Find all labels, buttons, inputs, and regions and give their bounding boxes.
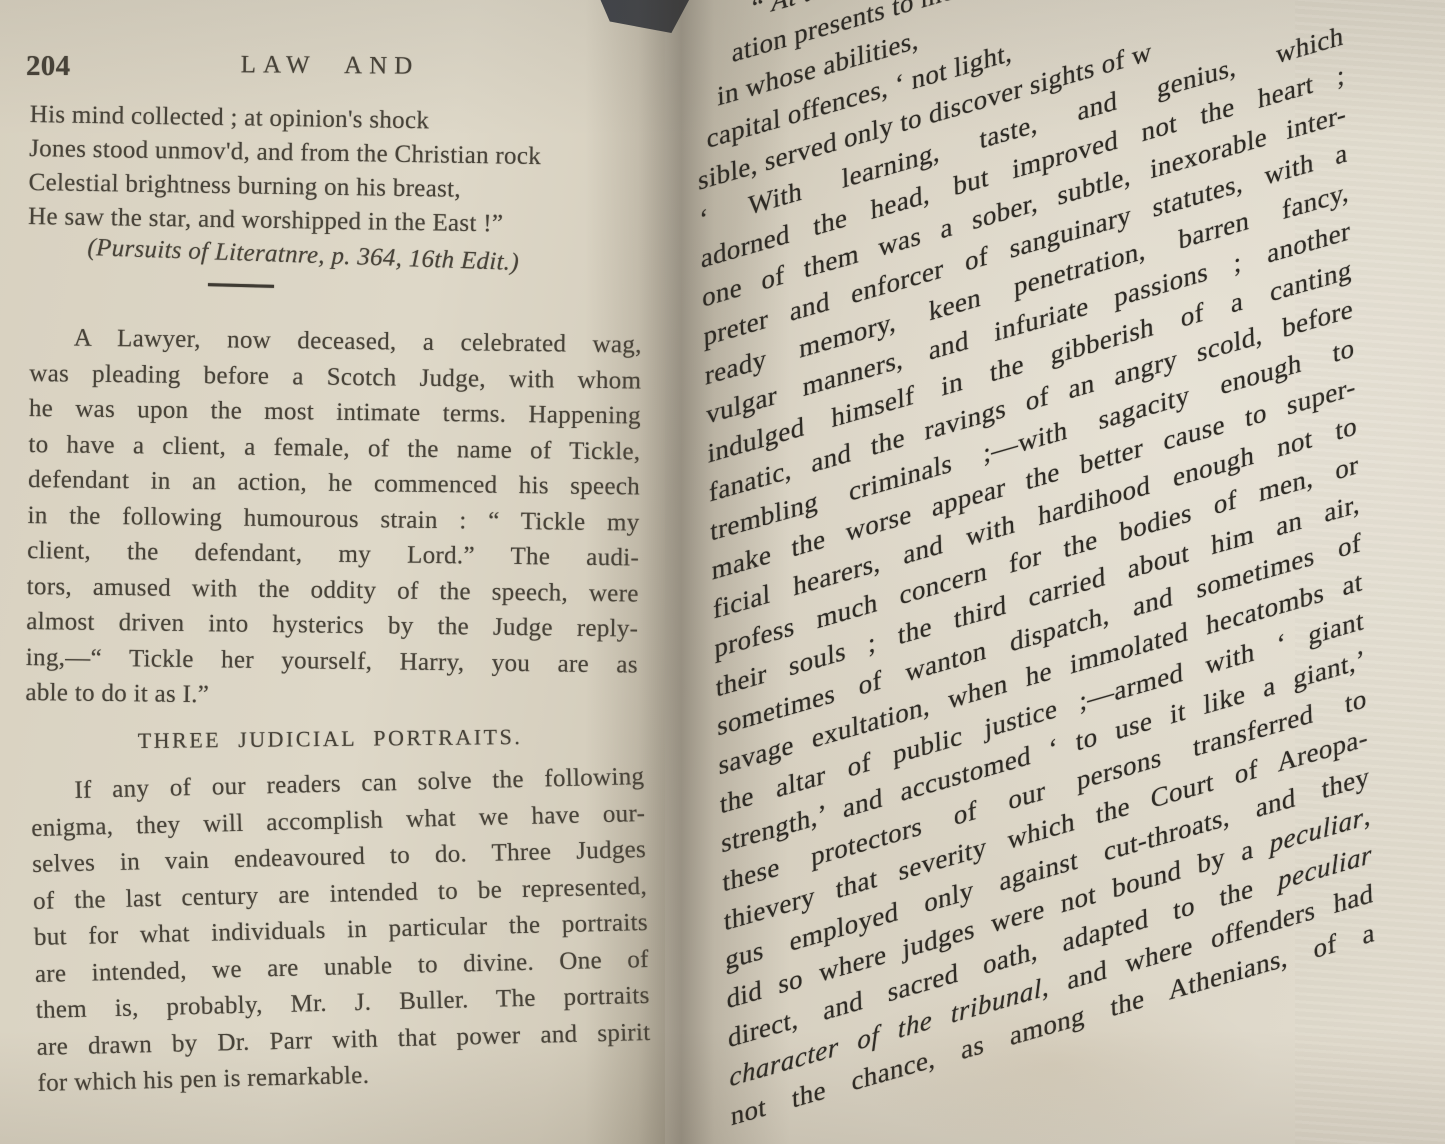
section-divider-rule	[208, 283, 274, 288]
poem-quote: His mind collected ; at opinion's shockJ…	[28, 98, 640, 244]
right-page-text: “ At this veryation presents to mein who…	[692, 0, 1375, 1136]
running-header: LAW AND	[150, 50, 510, 81]
anecdote-paragraph: A Lawyer, now deceased, a celebrated wag…	[25, 320, 642, 718]
portraits-paragraph: If any of our readers can solve the foll…	[30, 759, 652, 1102]
text-line: able to do it as I.”	[25, 675, 637, 718]
book-photo: 204 LAW AND His mind collected ; at opin…	[0, 0, 1445, 1144]
section-heading: THREE JUDICIAL PORTRAITS.	[110, 724, 550, 755]
page-number: 204	[26, 50, 70, 83]
left-page: 204 LAW AND His mind collected ; at opin…	[0, 0, 665, 1144]
